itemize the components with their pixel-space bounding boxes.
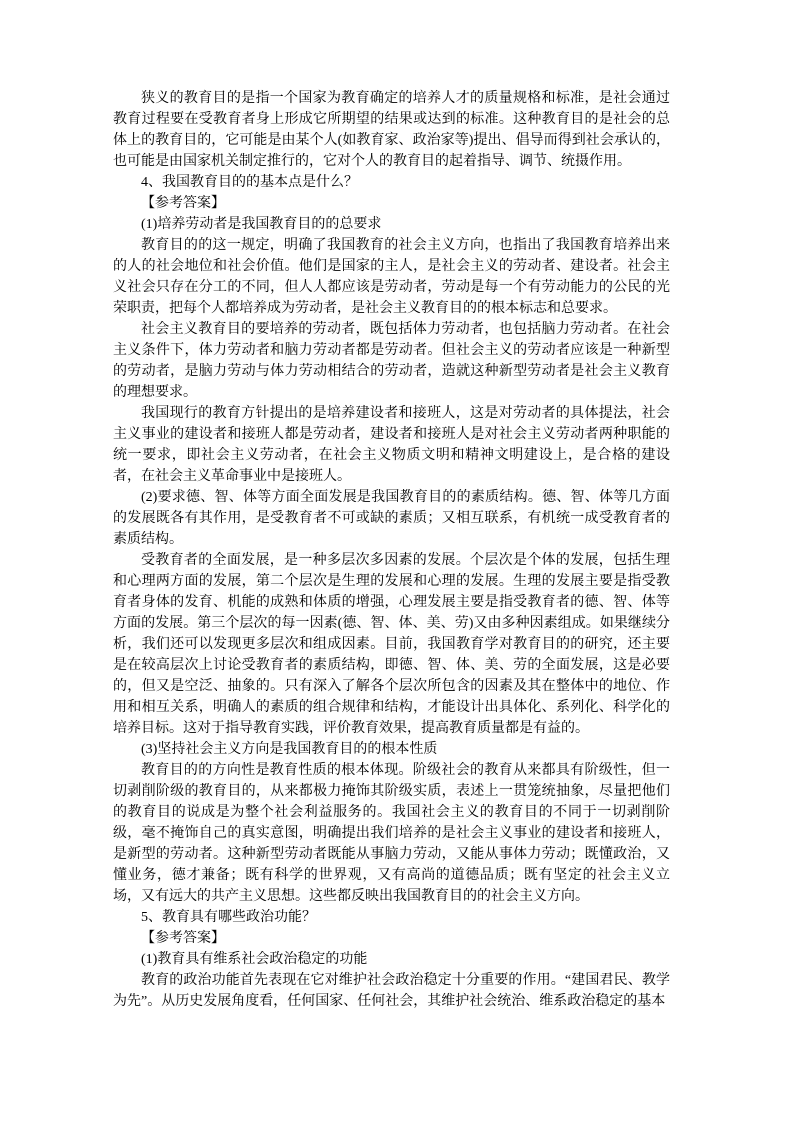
point-paragraph: (2)要求德、智、体等方面全面发展是我国教育目的的素质结构。德、智、体等几方面的…: [113, 487, 670, 550]
body-paragraph: 受教育者的全面发展，是一种多层次多因素的发展。个层次是个体的发展，包括生理和心理…: [113, 550, 670, 739]
answer-label: 【参考答案】: [113, 928, 670, 949]
body-paragraph: 教育目的的方向性是教育性质的根本体现。阶级社会的教育从来都具有阶级性，但一切剥削…: [113, 760, 670, 907]
point-heading: (1)教育具有维系社会政治稳定的功能: [113, 949, 670, 970]
question-heading: 5、教育具有哪些政治功能？: [113, 907, 670, 928]
body-paragraph: 社会主义教育目的要培养的劳动者，既包括体力劳动者，也包括脑力劳动者。在社会主义条…: [113, 319, 670, 403]
point-heading: (3)坚持社会主义方向是我国教育目的的根本性质: [113, 739, 670, 760]
document-text-block: 狭义的教育目的是指一个国家为教育确定的培养人才的质量规格和标准，是社会通过教育过…: [113, 88, 670, 1012]
body-paragraph: 教育的政治功能首先表现在它对维护社会政治稳定十分重要的作用。“建国君民、教学为先…: [113, 970, 670, 1012]
document-page: 狭义的教育目的是指一个国家为教育确定的培养人才的质量规格和标准，是社会通过教育过…: [0, 0, 794, 1123]
question-heading: 4、我国教育目的的基本点是什么？: [113, 172, 670, 193]
body-paragraph: 教育目的的这一规定，明确了我国教育的社会主义方向，也指出了我国教育培养出来的人的…: [113, 235, 670, 319]
point-heading: (1)培养劳动者是我国教育目的的总要求: [113, 214, 670, 235]
body-paragraph: 狭义的教育目的是指一个国家为教育确定的培养人才的质量规格和标准，是社会通过教育过…: [113, 88, 670, 172]
answer-label: 【参考答案】: [113, 193, 670, 214]
body-paragraph: 我国现行的教育方针提出的是培养建设者和接班人，这是对劳动者的具体提法，社会主义事…: [113, 403, 670, 487]
